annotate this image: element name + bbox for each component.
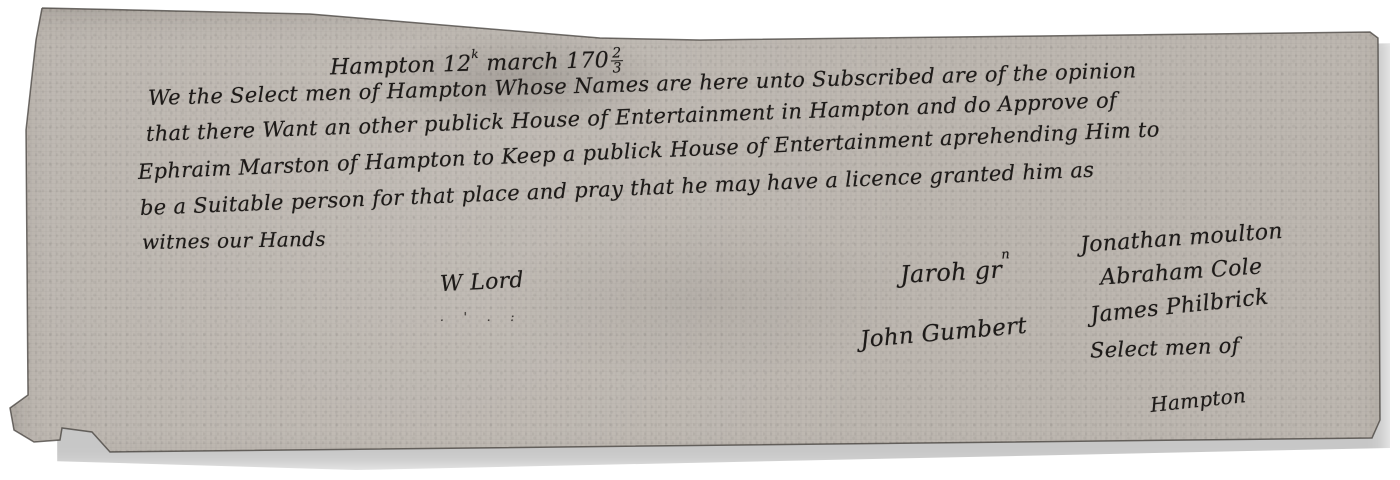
- dateline-year-fraction: 23: [611, 46, 624, 75]
- signature-jaroh-sup: n: [1001, 247, 1010, 262]
- dateline-day-suffix: k: [471, 47, 479, 61]
- year-numerator: 2: [612, 46, 622, 60]
- dateline-year: 170: [566, 48, 610, 74]
- signature-jaroh: Jaroh grn: [899, 255, 1011, 289]
- signature-w-lord: W Lord: [439, 268, 524, 297]
- body-line-5: witnes our Hands: [142, 227, 326, 254]
- dateline-month: march: [486, 49, 559, 76]
- dateline-day: 12: [443, 52, 472, 78]
- signature-jaroh-text: Jaroh gr: [899, 256, 1003, 289]
- dateline-place: Hampton: [330, 53, 436, 81]
- stray-ink-marks: . ' . :: [440, 310, 522, 324]
- document-viewport: Hampton 12k march 17023 We the Select me…: [0, 0, 1400, 480]
